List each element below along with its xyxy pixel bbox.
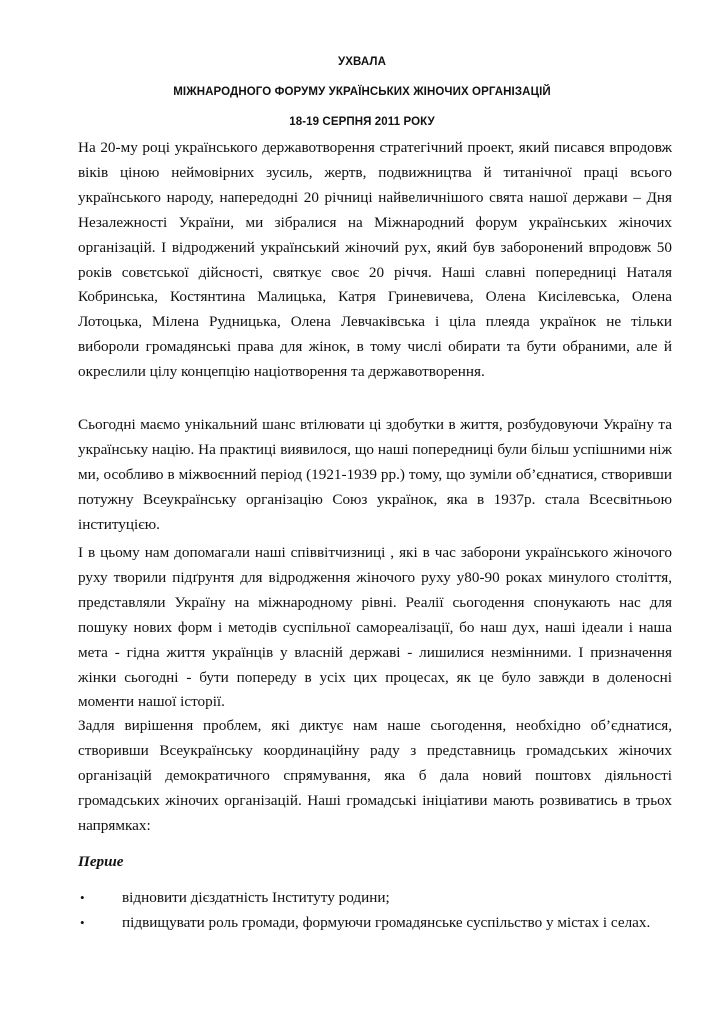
list-item: • відновити дієздатність Інституту родин… <box>78 886 672 911</box>
paragraph-2: Сьогодні маємо унікальний шанс втілювати… <box>78 413 672 538</box>
document-page: УХВАЛА МІЖНАРОДНОГО ФОРУМУ УКРАЇНСЬКИХ Ж… <box>0 0 724 1024</box>
section-title: Перше <box>78 853 124 871</box>
paragraph-4: Задля вирішення проблем, які диктує нам … <box>78 714 672 839</box>
list-item-text: підвищувати роль громади, формуючи грома… <box>122 914 650 931</box>
document-date: 18-19 СЕРПНЯ 2011 РОКУ <box>0 116 724 128</box>
paragraph-1: На 20-му році українського державотворен… <box>78 136 672 385</box>
bullet-icon: • <box>80 911 85 936</box>
bullet-list: • відновити дієздатність Інституту родин… <box>78 886 672 936</box>
document-title: УХВАЛА <box>0 56 724 68</box>
list-item-text: відновити дієздатність Інституту родини; <box>122 889 390 906</box>
document-subtitle: МІЖНАРОДНОГО ФОРУМУ УКРАЇНСЬКИХ ЖІНОЧИХ … <box>0 86 724 98</box>
bullet-icon: • <box>80 886 85 911</box>
list-item: • підвищувати роль громади, формуючи гро… <box>78 911 672 936</box>
paragraph-3: І в цьому нам допомагали наші співвітчиз… <box>78 541 672 715</box>
